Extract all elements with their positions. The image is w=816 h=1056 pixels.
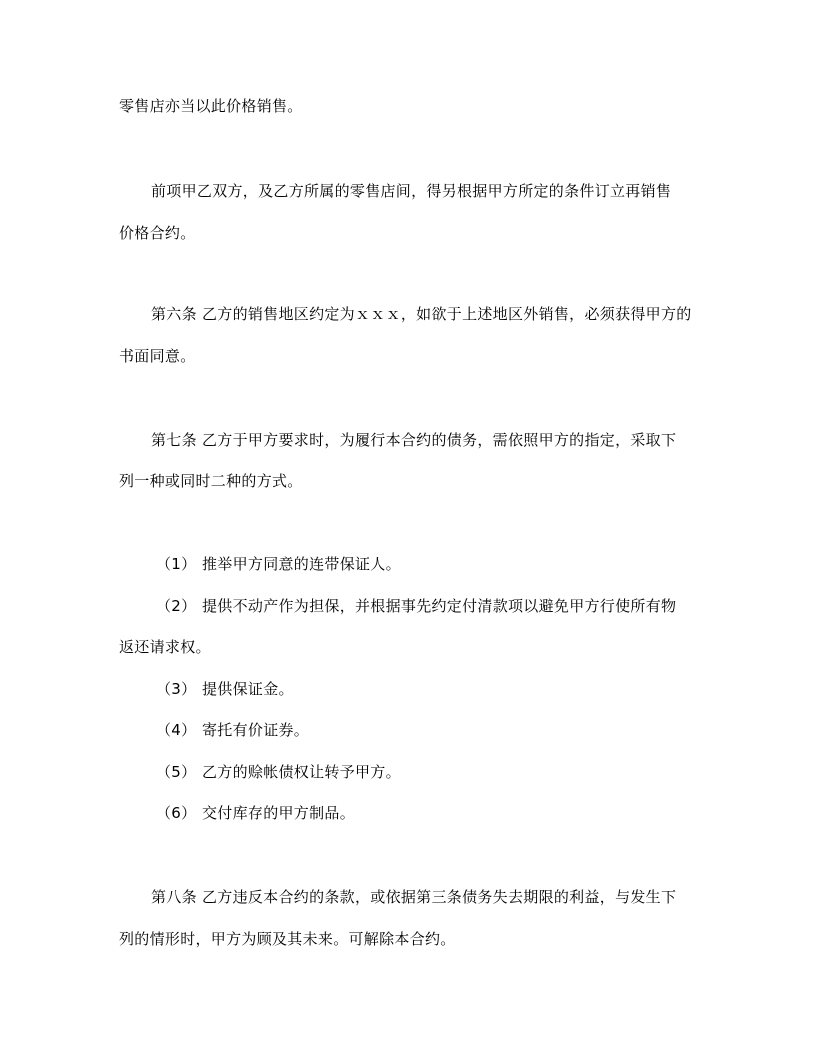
list-item-number: （6） — [156, 803, 202, 823]
article-8-line: 第八条 乙方违反本合约的条款，或依据第三条债务失去期限的利益，与发生下 — [151, 887, 676, 907]
list-item-text: 交付库存的甲方制品。 — [202, 804, 355, 822]
list-item: （4）寄托有价证券。 — [156, 720, 309, 740]
article-6-line: 第六条 乙方的销售地区约定为ｘｘｘ，如欲于上述地区外销售，必须获得甲方的 — [151, 304, 692, 324]
article-7-line: 列一种或同时二种的方式。 — [119, 471, 303, 491]
list-item-text: 乙方的赊帐债权让转予甲方。 — [202, 763, 401, 781]
list-item: （5）乙方的赊帐债权让转予甲方。 — [156, 762, 401, 782]
list-item: （2）提供不动产作为担保，并根据事先约定付清款项以避免甲方行使所有物 — [156, 596, 676, 616]
list-item-number: （1） — [156, 554, 202, 574]
list-item-text: 提供不动产作为担保，并根据事先约定付清款项以避免甲方行使所有物 — [202, 597, 676, 615]
list-item-text: 推举甲方同意的连带保证人。 — [202, 555, 401, 573]
list-item-text: 提供保证金。 — [202, 680, 294, 698]
list-item: （3）提供保证金。 — [156, 679, 294, 699]
paragraph-line: 零售店亦当以此价格销售。 — [119, 96, 303, 116]
article-8-line: 列的情形时，甲方为顾及其未来。可解除本合约。 — [119, 929, 456, 949]
list-item: （6）交付库存的甲方制品。 — [156, 803, 355, 823]
list-item-continuation: 返还请求权。 — [119, 637, 211, 657]
list-item-number: （5） — [156, 762, 202, 782]
paragraph-line: 前项甲乙双方，及乙方所属的零售店间，得另根据甲方所定的条件订立再销售 — [151, 181, 671, 201]
list-item-number: （2） — [156, 596, 202, 616]
list-item: （1）推举甲方同意的连带保证人。 — [156, 554, 401, 574]
article-6-line: 书面同意。 — [119, 346, 196, 366]
list-item-number: （4） — [156, 720, 202, 740]
paragraph-line: 价格合约。 — [119, 223, 196, 243]
list-item-number: （3） — [156, 679, 202, 699]
list-item-text: 寄托有价证券。 — [202, 721, 309, 739]
article-7-line: 第七条 乙方于甲方要求时，为履行本合约的债务，需依照甲方的指定，采取下 — [151, 430, 676, 450]
